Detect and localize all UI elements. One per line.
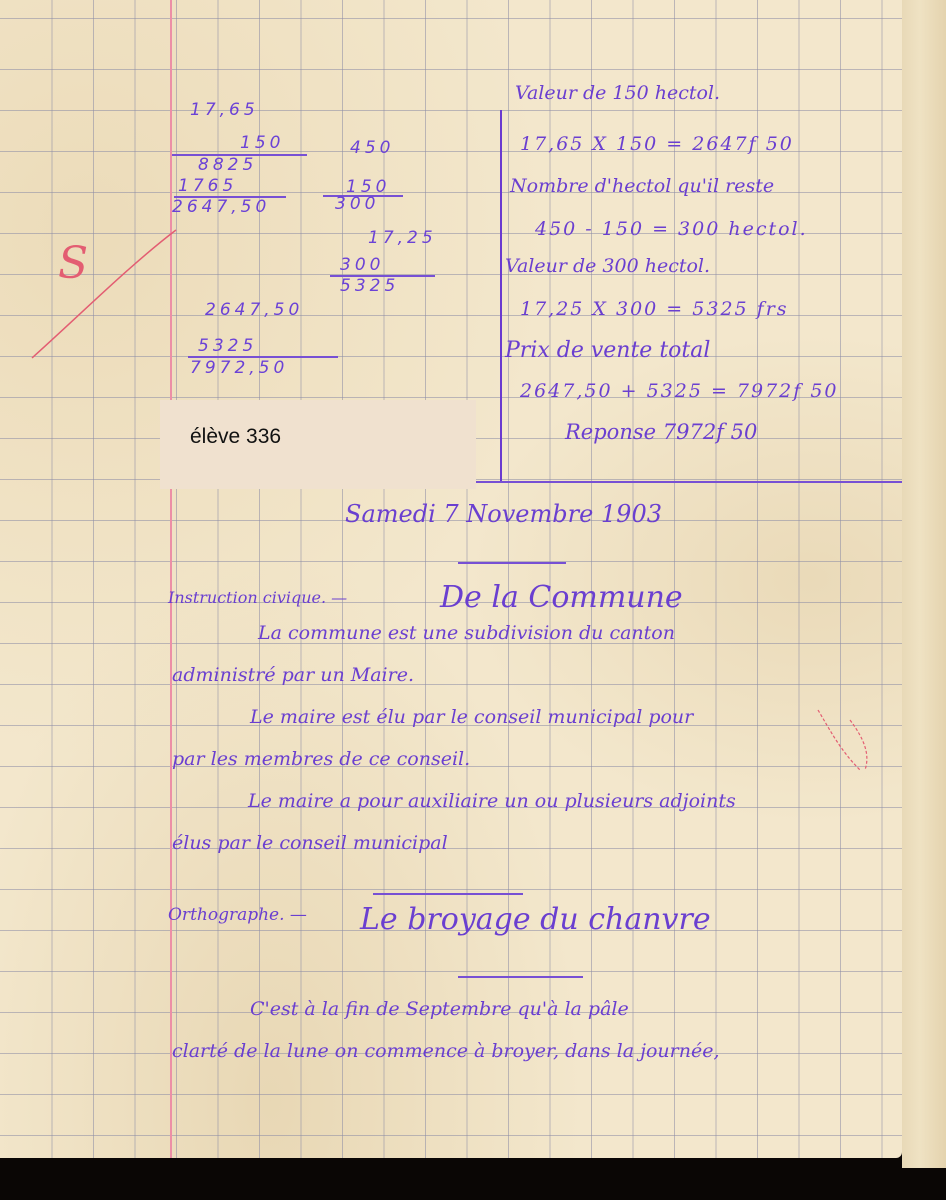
title-overline: [373, 893, 523, 895]
student-label: élève 336: [160, 400, 476, 489]
next-page-edge: [902, 0, 946, 1168]
solution-line: 2647,50 + 5325 = 7972f 50: [520, 380, 839, 402]
section-title: Le broyage du chanvre: [360, 902, 711, 937]
calc-value-2: 5325: [340, 276, 399, 296]
calc-product: 2647,50: [172, 197, 270, 217]
text-line: La commune est une subdivision du canton: [258, 622, 675, 644]
student-label-text: élève 336: [190, 425, 281, 449]
title-underline: [458, 976, 583, 978]
text-line: administré par un Maire.: [172, 664, 414, 686]
solution-line: 17,25 X 300 = 5325 frs: [520, 298, 789, 320]
title-overline: [458, 562, 566, 564]
grid-horizontal-lines: [0, 0, 902, 1158]
text-line: Le maire a pour auxiliaire un ou plusieu…: [248, 790, 736, 812]
section-title: De la Commune: [440, 580, 683, 615]
calc-sum-total: 7972,50: [190, 358, 288, 378]
calc-qty-2: 300: [340, 255, 384, 275]
notebook-page: S 17,65 150 8825 1765 2647,50 450 150 30…: [0, 0, 902, 1158]
text-line: Le maire est élu par le conseil municipa…: [250, 706, 693, 728]
calc-hectol-remaining: 300: [335, 194, 379, 214]
calc-hectol-total: 450: [350, 138, 394, 158]
teacher-red-stroke: [30, 225, 180, 365]
date-heading: Samedi 7 Novembre 1903: [345, 500, 662, 528]
calc-multiplicand: 17,65: [190, 100, 259, 120]
margin-line: [170, 0, 172, 1158]
calc-partial-2: 1765: [178, 176, 237, 196]
solution-line: Valeur de 150 hectol.: [515, 82, 720, 104]
calc-multiplier: 150: [240, 133, 284, 153]
section-subject: Instruction civique. —: [168, 588, 347, 607]
solution-line: 450 - 150 = 300 hectol.: [535, 218, 808, 240]
solution-line: 17,65 X 150 = 2647f 50: [520, 133, 794, 155]
calc-price-2: 17,25: [368, 228, 437, 248]
calc-sum-a: 2647,50: [205, 300, 303, 320]
red-correction-mark: [810, 700, 880, 775]
solution-line: Valeur de 300 hectol.: [505, 255, 710, 277]
section-subject: Orthographe. —: [168, 905, 307, 925]
solution-line: Nombre d'hectol qu'il reste: [510, 175, 774, 197]
solution-bottom-rule: [476, 481, 902, 483]
solution-divider: [500, 110, 502, 482]
solution-line: Prix de vente total: [505, 338, 710, 363]
text-line: élus par le conseil municipal: [172, 832, 448, 854]
text-line: clarté de la lune on commence à broyer, …: [172, 1040, 719, 1062]
calc-partial-1: 8825: [198, 155, 257, 175]
text-line: par les membres de ce conseil.: [172, 748, 470, 770]
solution-answer: Reponse 7972f 50: [565, 420, 757, 444]
calc-sum-b: 5325: [198, 336, 257, 356]
text-line: C'est à la fin de Septembre qu'à la pâle: [250, 998, 629, 1020]
